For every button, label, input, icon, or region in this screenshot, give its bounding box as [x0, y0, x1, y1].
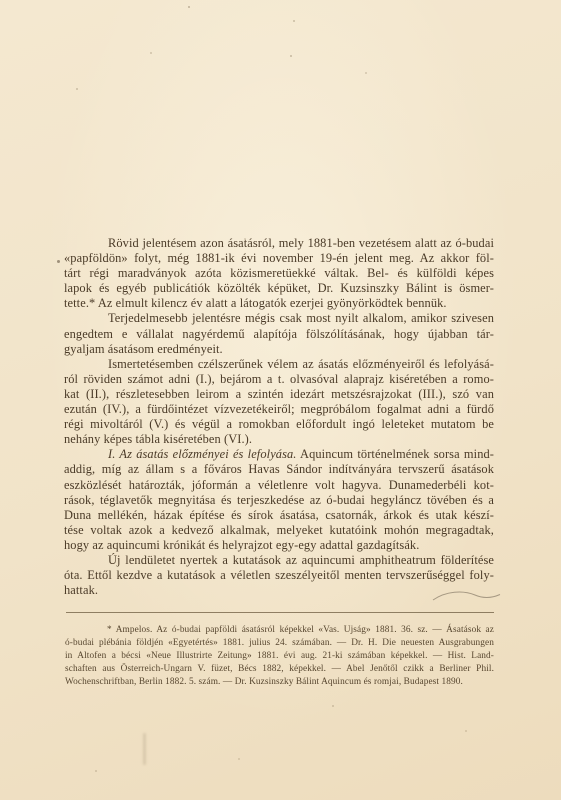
text-run: schaften aus Österreich-Ungarn V. füzet,…	[65, 664, 494, 674]
paper-smudge	[143, 733, 146, 765]
paragraph: I. Az ásatás előzményei és lefolyása. Aq…	[64, 447, 494, 553]
text-run: tárt régi maradványok azóta közismeretüe…	[64, 266, 494, 280]
text-run: in Altofen a bécsi «Neue Illustrirte Zei…	[65, 651, 494, 661]
margin-speck	[57, 260, 60, 263]
text-run: engedtem e vállalat nagyérdemű alapítója…	[64, 327, 494, 341]
paragraph: Terjedelmesebb jelentésre mégis csak mos…	[64, 311, 494, 356]
text-run: Aquincum történelmének sorsa mind-	[297, 447, 495, 461]
text-line: schaften aus Österreich-Ungarn V. füzet,…	[65, 663, 494, 676]
text-run: Új lendületet nyertek a kutatások az aqu…	[108, 553, 494, 567]
text-run: lapok és egyéb publicátiók közölték képü…	[64, 281, 494, 295]
text-run: régi mivoltáról (V.) és végül a romokban…	[64, 417, 494, 431]
text-line: in Altofen a bécsi «Neue Illustrirte Zei…	[65, 650, 494, 663]
text-line: ról röviden számot adni (I.), bejárom a …	[64, 372, 494, 387]
text-run: ezután (IV.), a fürdőintézet vízvezetéke…	[64, 402, 494, 416]
text-line: ezután (IV.), a fürdőintézet vízvezetéke…	[64, 402, 494, 417]
text-line: rások, téglavetők megnyitása és terjeszk…	[64, 493, 494, 508]
text-run: eszközlését határozták, jóformán a vélet…	[64, 478, 494, 492]
text-line: engedtem e vállalat nagyérdemű alapítója…	[64, 327, 494, 342]
text-run: «papföldön» folyt, még 1881-ik évi novem…	[64, 251, 494, 265]
text-run: * Ampelos. Az ó-budai papföldi ásatásról…	[107, 625, 494, 635]
text-line: tárt régi maradványok azóta közismeretüe…	[64, 266, 494, 281]
pencil-squiggle-mark	[430, 588, 505, 604]
text-line: gyaljam ásatásom eredményeit.	[64, 342, 494, 357]
text-line: eszközlését határozták, jóformán a vélet…	[64, 478, 494, 493]
text-run: gyaljam ásatásom eredményeit.	[64, 342, 223, 356]
text-line: óta. Ettől kezdve a kutatások a véletlen…	[64, 568, 494, 583]
text-run: tése voltak azok a kedvező alkalmak, mel…	[64, 523, 494, 537]
text-line: hogy az aquincumi krónikát és helyrajzot…	[64, 538, 494, 553]
paragraph: Ismertetésemben czélszerűnek vélem az ás…	[64, 357, 494, 448]
paragraph: Rövid jelentésem azon ásatásról, mely 18…	[64, 236, 494, 311]
text-line: Terjedelmesebb jelentésre mégis csak mos…	[64, 311, 494, 326]
text-line: Wochenschriftban, Berlin 1882. 5. szám. …	[65, 676, 494, 689]
text-run: hattak.	[64, 583, 98, 597]
text-run: Rövid jelentésem azon ásatásról, mely 18…	[108, 236, 494, 250]
text-run: Ismertetésemben czélszerűnek vélem az ás…	[108, 357, 494, 371]
text-run: hogy az aquincumi krónikát és helyrajzot…	[64, 538, 419, 552]
text-run: ó-budai plébánia földjén «Egyetértés» 18…	[65, 638, 494, 648]
text-line: Új lendületet nyertek a kutatások az aqu…	[64, 553, 494, 568]
text-line: lapok és egyéb publicátiók közölték képü…	[64, 281, 494, 296]
text-line: Ismertetésemben czélszerűnek vélem az ás…	[64, 357, 494, 372]
text-run: óta. Ettől kezdve a kutatások a véletlen…	[64, 568, 494, 582]
text-line: Rövid jelentésem azon ásatásról, mely 18…	[64, 236, 494, 251]
scanned-book-page: Rövid jelentésem azon ásatásról, mely 18…	[0, 0, 561, 800]
text-line: tése voltak azok a kedvező alkalmak, mel…	[64, 523, 494, 538]
text-run: addig, míg az állam s a főváros Havas Sá…	[64, 462, 494, 476]
text-line: nehány képes tábla kiséretében (VI.).	[64, 432, 494, 447]
text-line: régi mivoltáról (V.) és végül a romokban…	[64, 417, 494, 432]
text-run: ról röviden számot adni (I.), bejárom a …	[64, 372, 494, 386]
paper-specks	[0, 0, 2, 2]
footnote-separator-rule	[66, 612, 494, 613]
footnote-text: * Ampelos. Az ó-budai papföldi ásatásról…	[65, 624, 494, 689]
text-run: kat (II.), részletesebben leirom a szint…	[64, 387, 494, 401]
text-line: I. Az ásatás előzményei és lefolyása. Aq…	[64, 447, 494, 462]
text-line: addig, míg az állam s a főváros Havas Sá…	[64, 462, 494, 477]
text-line: tette.* Az elmult kilencz év alatt a lát…	[64, 296, 494, 311]
italic-text-run: I. Az ásatás előzményei és lefolyása.	[108, 447, 297, 461]
text-line: * Ampelos. Az ó-budai papföldi ásatásról…	[65, 624, 494, 637]
text-run: tette.* Az elmult kilencz év alatt a lát…	[64, 296, 447, 310]
text-line: «papföldön» folyt, még 1881-ik évi novem…	[64, 251, 494, 266]
body-text: Rövid jelentésem azon ásatásról, mely 18…	[64, 236, 494, 598]
text-run: nehány képes tábla kiséretében (VI.).	[64, 432, 252, 446]
text-line: Duna mellékén, házak építése és sírok ás…	[64, 508, 494, 523]
text-run: rások, téglavetők megnyitása és terjeszk…	[64, 493, 494, 507]
text-run: Terjedelmesebb jelentésre mégis csak mos…	[108, 311, 494, 325]
text-line: ó-budai plébánia földjén «Egyetértés» 18…	[65, 637, 494, 650]
text-run: Wochenschriftban, Berlin 1882. 5. szám. …	[65, 677, 463, 687]
text-line: kat (II.), részletesebben leirom a szint…	[64, 387, 494, 402]
text-run: Duna mellékén, házak építése és sírok ás…	[64, 508, 494, 522]
